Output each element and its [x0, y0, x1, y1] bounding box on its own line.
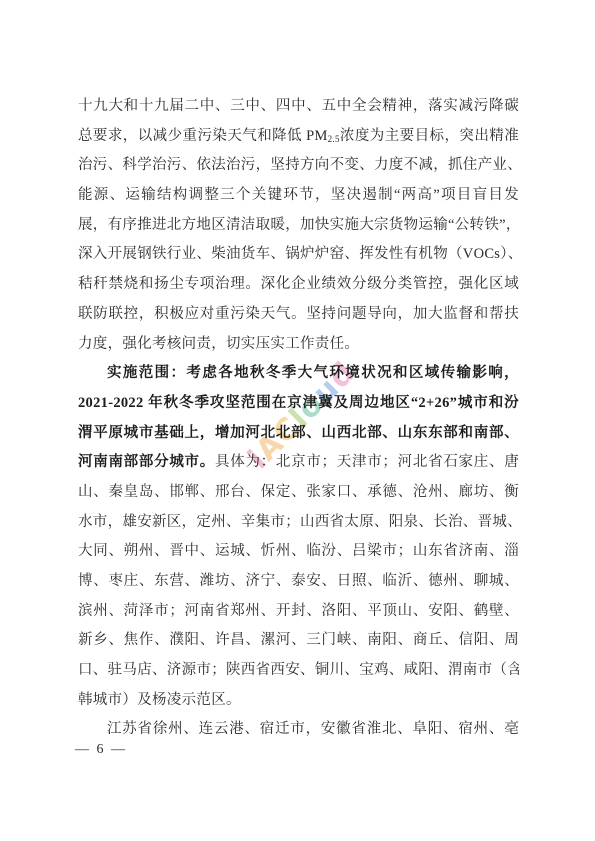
text-line: 博、枣庄、东营、潍坊、济宁、泰安、日照、临沂、德州、聊城、 [78, 567, 519, 597]
text-line: 治污、科学治污、依法治污，坚持方向不变、力度不减，抓住产业、 [78, 151, 519, 181]
text-line: 力度，强化考核问责，切实压实工作责任。 [78, 330, 519, 360]
page-number: — 6 — [75, 742, 127, 758]
body-text: 联防联控，积极应对重污染天气。坚持问题导向，加大监督和帮扶 [78, 306, 519, 322]
body-text: 能源、运输结构调整三个关键环节，坚决遏制“两高”项目盲目发 [78, 187, 519, 203]
text-line: 山、秦皇岛、邯郸、邢台、保定、张家口、承德、沧州、廊坊、衡 [78, 478, 519, 508]
body-text: 总要求，以减少重污染天气和降低 PM [78, 128, 328, 144]
body-text: 浓度为主要目标，突出精准 [340, 128, 519, 144]
text-line: 能源、运输结构调整三个关键环节，坚决遏制“两高”项目盲目发 [78, 181, 519, 211]
text-line: 深入开展钢铁行业、柴油货车、锅炉炉窑、挥发性有机物（VOCs）、 [78, 240, 519, 270]
body-text: 十九大和十九届二中、三中、四中、五中全会精神，落实减污降碳 [78, 98, 519, 114]
body-text: 博、枣庄、东营、潍坊、济宁、泰安、日照、临沂、德州、聊城、 [78, 573, 519, 589]
text-line: 水市，雄安新区，定州、辛集市；山西省太原、阳泉、长治、晋城、 [78, 508, 519, 538]
text-line: 新乡、焦作、濮阳、许昌、漯河、三门峡、南阳、商丘、信阳、周 [78, 626, 519, 656]
body-text: 韩城市）及杨凌示范区。 [78, 692, 241, 708]
text-line: 大同、朔州、晋中、运城、忻州、临汾、吕梁市；山东省济南、淄 [78, 537, 519, 567]
bold-text: 渭平原城市基础上，增加河北北部、山西北部、山东东部和南部、 [78, 425, 519, 441]
text-line: 口、驻马店、济源市；陕西省西安、铜川、宝鸡、咸阳、渭南市（含 [78, 656, 519, 686]
text-line: 2021-2022 年秋冬季攻坚范围在京津冀及周边地区“2+26”城市和汾 [78, 389, 519, 419]
body-text: 治污、科学治污、依法治污，坚持方向不变、力度不减，抓住产业、 [78, 157, 519, 173]
text-line: 十九大和十九届二中、三中、四中、五中全会精神，落实减污降碳 [78, 92, 519, 122]
body-text: 大同、朔州、晋中、运城、忻州、临汾、吕梁市；山东省济南、淄 [78, 543, 519, 559]
body-text: 水市，雄安新区，定州、辛集市；山西省太原、阳泉、长治、晋城、 [78, 514, 519, 530]
body-text: 深入开展钢铁行业、柴油货车、锅炉炉窑、挥发性有机物（VOCs）、 [78, 246, 519, 262]
body-text: 展，有序推进北方地区清洁取暖，加快实施大宗货物运输“公转铁”， [78, 217, 519, 233]
subscript-text: 2.5 [328, 134, 340, 144]
text-line: 实施范围：考虑各地秋冬季大气环境状况和区域传输影响， [78, 359, 519, 389]
text-line: 展，有序推进北方地区清洁取暖，加快实施大宗货物运输“公转铁”， [78, 211, 519, 241]
text-line: 总要求，以减少重污染天气和降低 PM2.5浓度为主要目标，突出精准 [78, 122, 519, 152]
body-text: 具体为：北京市；天津市；河北省石家庄、唐 [215, 454, 519, 470]
text-line: 韩城市）及杨凌示范区。 [78, 686, 519, 716]
body-text: 秸秆禁烧和扬尘专项治理。深化企业绩效分级分类管控，强化区域 [78, 276, 519, 292]
document-page: iACloud 十九大和十九届二中、三中、四中、五中全会精神，落实减污降碳总要求… [0, 0, 595, 841]
text-line: 江苏省徐州、连云港、宿迁市，安徽省淮北、阜阳、宿州、亳 [78, 715, 519, 745]
body-text: 江苏省徐州、连云港、宿迁市，安徽省淮北、阜阳、宿州、亳 [107, 721, 519, 737]
bold-text: 河南南部部分城市。 [78, 454, 215, 470]
body-text: 滨州、菏泽市；河南省郑州、开封、洛阳、平顶山、安阳、鹤壁、 [78, 603, 519, 619]
body-text: 口、驻马店、济源市；陕西省西安、铜川、宝鸡、咸阳、渭南市（含 [78, 662, 519, 678]
text-line: 联防联控，积极应对重污染天气。坚持问题导向，加大监督和帮扶 [78, 300, 519, 330]
text-line: 滨州、菏泽市；河南省郑州、开封、洛阳、平顶山、安阳、鹤壁、 [78, 597, 519, 627]
bold-text: 实施范围：考虑各地秋冬季大气环境状况和区域传输影响， [107, 365, 519, 381]
text-line: 渭平原城市基础上，增加河北北部、山西北部、山东东部和南部、 [78, 419, 519, 449]
text-line: 河南南部部分城市。具体为：北京市；天津市；河北省石家庄、唐 [78, 448, 519, 478]
text-line: 秸秆禁烧和扬尘专项治理。深化企业绩效分级分类管控，强化区域 [78, 270, 519, 300]
body-text: 山、秦皇岛、邯郸、邢台、保定、张家口、承德、沧州、廊坊、衡 [78, 484, 519, 500]
bold-text: 2021-2022 年秋冬季攻坚范围在京津冀及周边地区“2+26”城市和汾 [78, 395, 519, 411]
document-text-block: 十九大和十九届二中、三中、四中、五中全会精神，落实减污降碳总要求，以减少重污染天… [78, 92, 519, 745]
body-text: 力度，强化考核问责，切实压实工作责任。 [78, 336, 359, 352]
body-text: 新乡、焦作、濮阳、许昌、漯河、三门峡、南阳、商丘、信阳、周 [78, 632, 519, 648]
